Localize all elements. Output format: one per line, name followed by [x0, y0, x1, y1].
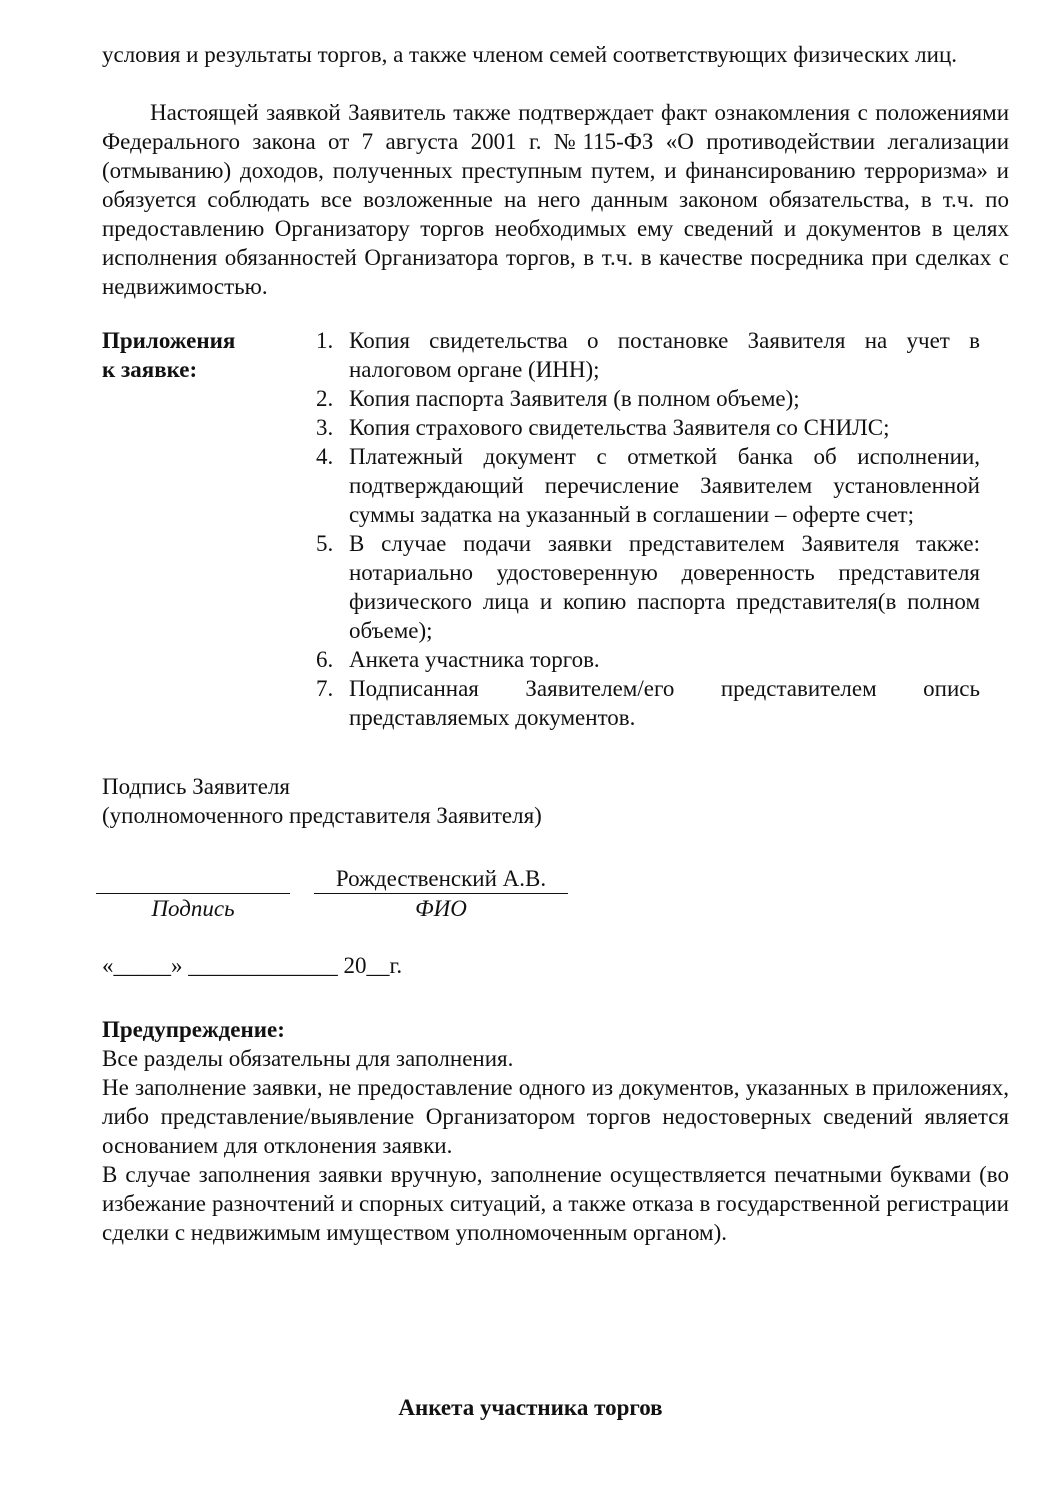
- date-field[interactable]: «_____» _____________ 20__г.: [102, 951, 1009, 980]
- warning-line: Все разделы обязательны для заполнения.: [102, 1044, 1009, 1073]
- attachments-label: Приложения к заявке:: [102, 326, 316, 732]
- attachments-list: 1.Копия свидетельства о постановке Заяви…: [316, 326, 980, 732]
- signature-caption: Подпись: [96, 894, 290, 923]
- name-value[interactable]: Рождественский А.В.: [314, 864, 568, 894]
- list-item: 6.Анкета участника торгов.: [316, 645, 980, 674]
- signature-title: Подпись Заявителя: [102, 772, 1009, 801]
- signature-subtitle: (уполномоченного представителя Заявителя…: [102, 801, 1009, 830]
- signature-section: Подпись Заявителя (уполномоченного предс…: [102, 772, 1009, 980]
- document-page: условия и результаты торгов, а также чле…: [102, 40, 1009, 1247]
- signature-line[interactable]: [96, 864, 290, 894]
- attachments-section: Приложения к заявке: 1.Копия свидетельст…: [102, 326, 1009, 732]
- intro-continuation: условия и результаты торгов, а также чле…: [102, 40, 1009, 69]
- next-section-title: Анкета участника торгов: [0, 1393, 1061, 1422]
- warning-section: Предупреждение: Все разделы обязательны …: [102, 1015, 1009, 1247]
- list-item: 2.Копия паспорта Заявителя (в полном объ…: [316, 384, 980, 413]
- name-field[interactable]: Рождественский А.В. ФИО: [314, 864, 568, 923]
- warning-line: В случае заполнения заявки вручную, запо…: [102, 1160, 1009, 1247]
- list-item: 7.Подписанная Заявителем/его представите…: [316, 674, 980, 732]
- confirmation-paragraph: Настоящей заявкой Заявитель также подтве…: [102, 98, 1009, 301]
- warning-title: Предупреждение:: [102, 1015, 1009, 1044]
- signature-row: Подпись Рождественский А.В. ФИО: [96, 864, 1009, 923]
- list-item: 3.Копия страхового свидетельства Заявите…: [316, 413, 980, 442]
- list-item: 1.Копия свидетельства о постановке Заяви…: [316, 326, 980, 384]
- list-item: 5.В случае подачи заявки представителем …: [316, 529, 980, 645]
- warning-line: Не заполнение заявки, не предоставление …: [102, 1073, 1009, 1160]
- list-item: 4.Платежный документ с отметкой банка об…: [316, 442, 980, 529]
- signature-field[interactable]: Подпись: [96, 864, 290, 923]
- name-caption: ФИО: [314, 894, 568, 923]
